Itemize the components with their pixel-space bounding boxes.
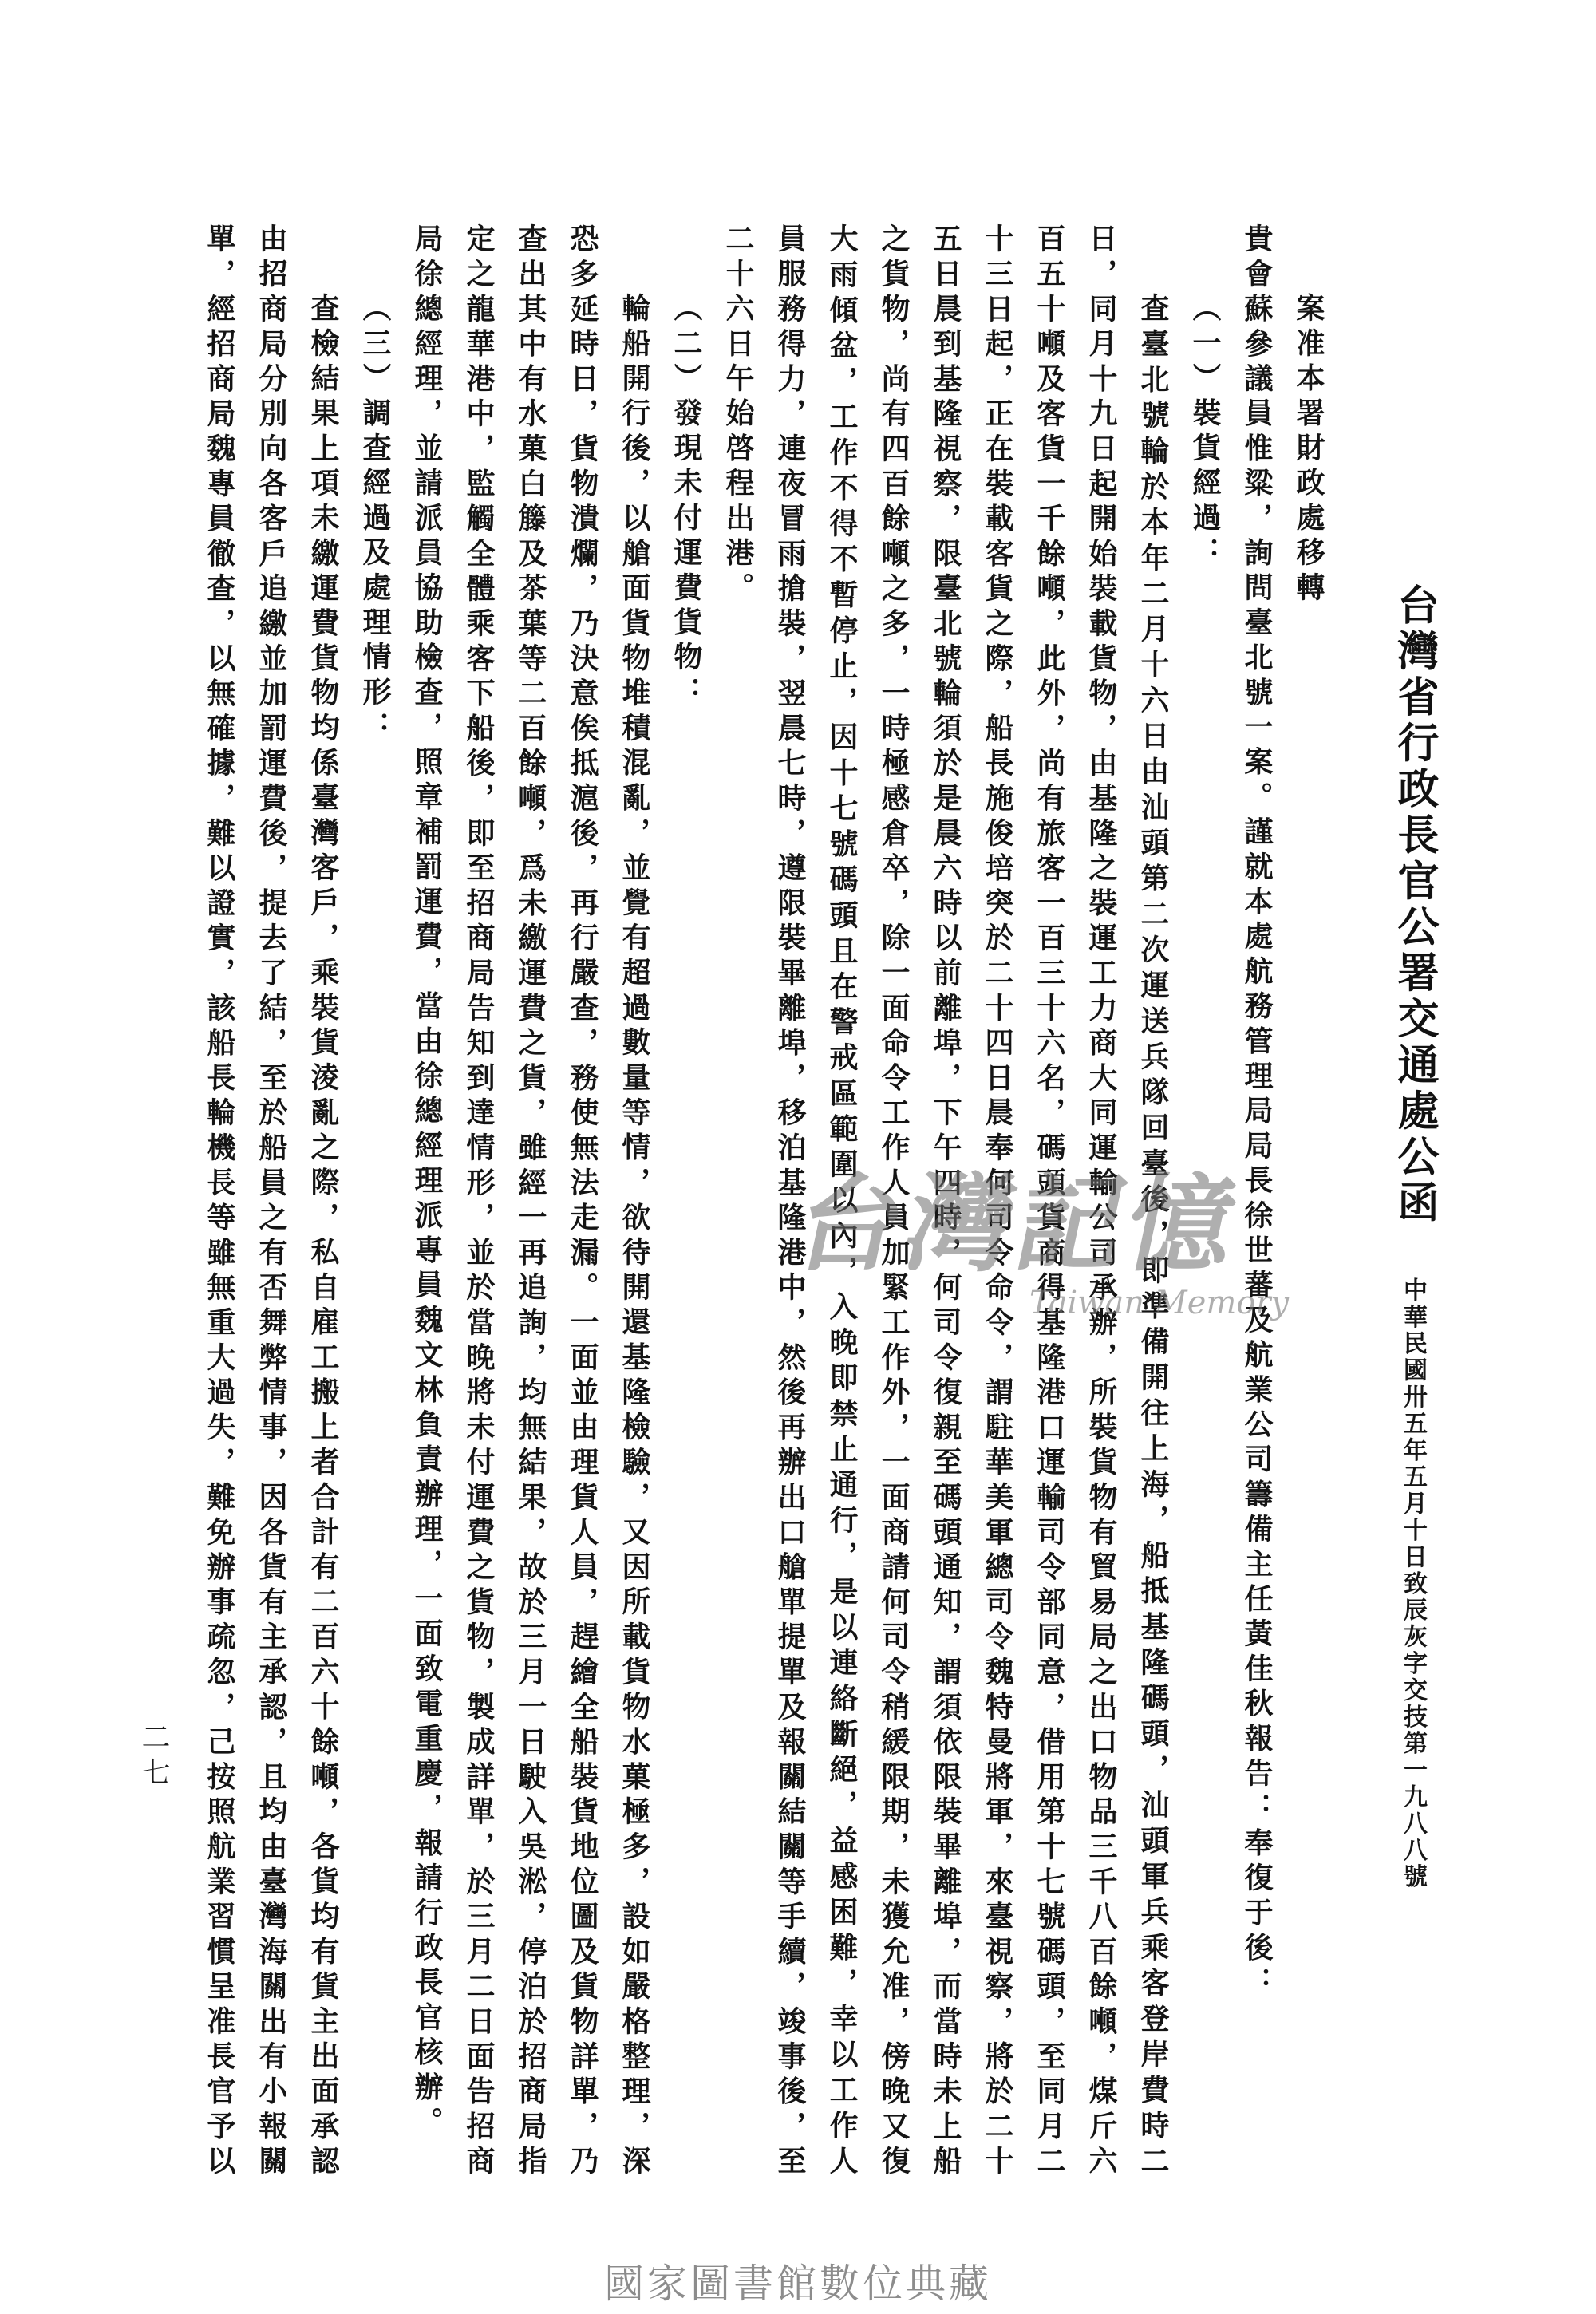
body-line: 百五十噸及客貨一千餘噸，此外，尚有旅客一百三十六名，碼頭貨商得基隆港口運輸司令部… <box>1029 223 1069 2176</box>
footer-collection-label: 國家圖書館數位典藏 <box>0 2260 1596 2308</box>
body-line: 二十六日午始啓程出港。 <box>718 223 758 607</box>
document-title: 台灣省行政長官公署交通處公函 <box>1389 583 1440 1226</box>
body-line: 查出其中有水菓白籐及茶葉等二百餘噸，爲未繳運費之貨，雖經一再追詢，均無結果，故於… <box>511 223 551 2176</box>
section-heading: （二）發現未付運費貨物： <box>666 293 706 711</box>
body-line: 恐多延時日，貨物潰爛，乃決意俟抵滬後，再行嚴查，務使無法走漏。一面並由理貨人員，… <box>563 223 602 2176</box>
document-date-reference: 中華民國卅五年五月十日致辰灰字交技第一九八八號 <box>1396 1277 1428 1890</box>
body-line: 局徐總經理，並請派員協助檢查，照章補罰運費，當由徐總經理派專員魏文林負責辦理，一… <box>407 223 447 2142</box>
body-line: 查臺北號輪於本年二月十六日由汕頭第二次運送兵隊回臺後，即準備開往上海，船抵基隆碼… <box>1133 293 1173 2176</box>
body-line: 大雨傾盆，工作不得不暫停止，因十七號碼頭且在警戒區範圍以內，入晚即禁止通行，是以… <box>822 223 862 2176</box>
intro-line: 貴會蘇參議員惟粱，詢問臺北號一案。謹就本處航務管理局局長徐世蕃及航業公司籌備主任… <box>1237 223 1277 2002</box>
body-line: 日，同月十九日起開始裝載貨物，由基隆之裝運工力商大同運輸公司承辦，所裝貨物有貿易… <box>1081 223 1121 2176</box>
section-heading: （一）裝貨經過： <box>1185 293 1225 572</box>
body-line: 由招商局分別向各客戶追繳並加罰運費後，提去了結，至於船員之有否舞弊情事，因各貨有… <box>251 223 291 2176</box>
page-number: 二七 <box>136 1722 171 1792</box>
body-line: 輪船開行後，以艙面貨物堆積混亂，並覺有超過數量等情，欲待開還基隆檢驗，又因所載貨… <box>614 293 654 2176</box>
intro-line: 案准本署財政處移轉 <box>1289 293 1329 606</box>
body-line: 單，經招商局魏專員徹查，以無確據，難以證實，該船長輪機長等雖無重大過失，難免辦事… <box>199 223 239 2176</box>
body-line: 十三日起，正在裝載客貨之際，船長施俊培突於二十四日晨奉何司令命令，謂駐華美軍總司… <box>978 223 1017 2176</box>
body-line: 員服務得力，連夜冒雨搶裝，翌晨七時，遵限裝畢離埠，移泊基隆港中，然後再辦出口艙單… <box>770 223 810 2176</box>
section-heading: （三）調查經過及處理情形： <box>355 293 395 746</box>
body-line: 之貨物，尚有四百餘噸之多，一時極感倉卒，除一面命令工作人員加緊工作外，一面商請何… <box>874 223 914 2176</box>
body-line: 定之龍華港中，監觸全體乘客下船後，即至招商局告知到達情形，並於當晚將未付運費之貨… <box>459 223 499 2176</box>
body-line: 查檢結果上項未繳運費貨物均係臺灣客戶，乘裝貨淩亂之際，私自雇工搬上者合計有二百六… <box>303 293 343 2176</box>
body-line: 五日晨到基隆視察，限臺北號輪須於是晨六時以前離埠，下午四時，何司令復親至碼頭通知… <box>926 223 966 2176</box>
